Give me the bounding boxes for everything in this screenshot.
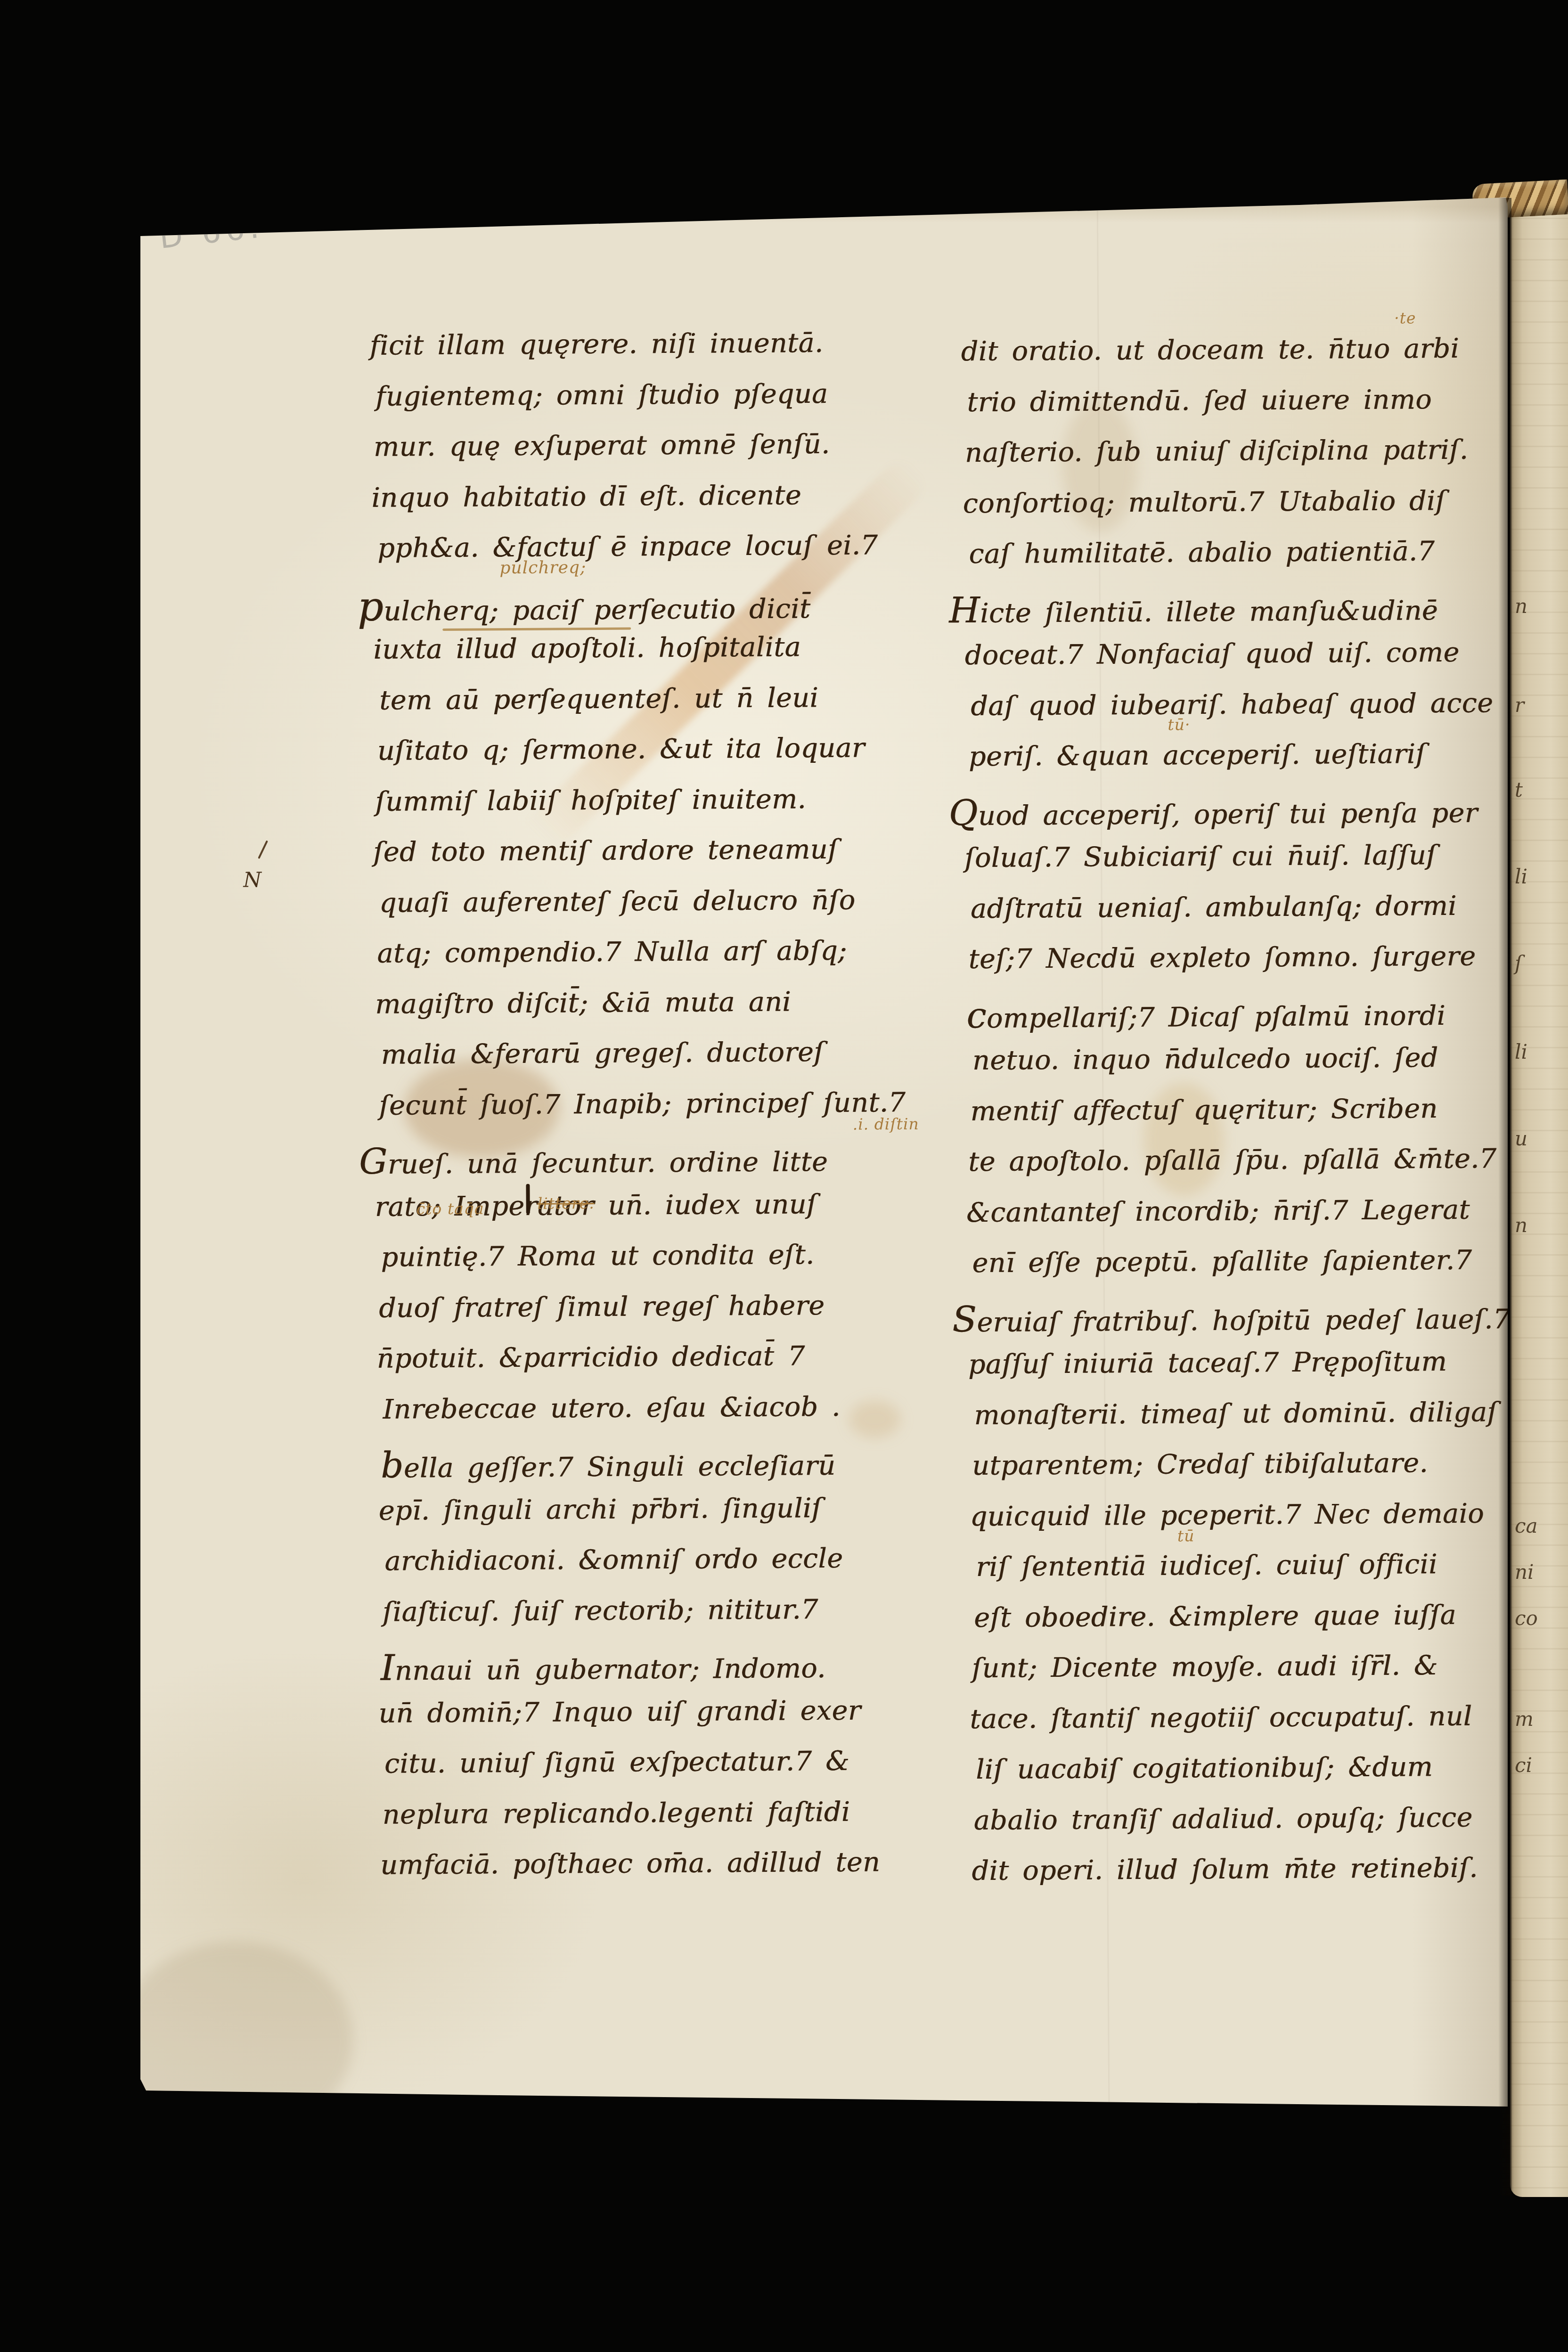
manuscript-page: D 66. ficit illam quęrere. niſi inuentā.… <box>140 195 1508 2108</box>
manuscript-line: Innaui un̄ gubernator; Indomo. <box>380 1644 825 1689</box>
manuscript-line: uſitato q; ſermone. &ut ita loquar <box>377 732 865 766</box>
manuscript-line: teſ;7 Necdū expleto ſomno. ſurgere <box>968 941 1476 975</box>
pencil-shelfmark: D 66. <box>158 210 265 256</box>
manuscript-line: ſoluaſ.7 Subiciariſ cui n̄uiſ. laſſuſ <box>964 840 1437 874</box>
manuscript-line: naſterio. ſub uniuſ diſciplina patriſ. <box>965 434 1469 469</box>
edge-text-fragment: ca <box>1515 1514 1538 1537</box>
edge-text-fragment: ni <box>1515 1560 1534 1584</box>
manuscript-line: Seruiaſ fratribuſ. hoſpitū pedeſ laueſ.7 <box>952 1295 1511 1340</box>
interlinear-gloss: .i. diſtin <box>853 1115 919 1134</box>
manuscript-line: malia &ferarū gregeſ. ductoreſ <box>381 1037 824 1070</box>
manuscript-line: n̄potuit. &parricidio dedicat̄ 7 <box>376 1340 805 1374</box>
manuscript-line: eſt oboedire. &implere quae iuſſa <box>974 1599 1456 1633</box>
manuscript-line: ſunt; Dicente moyſe. audi iſr̄l. & <box>972 1650 1438 1684</box>
stain <box>117 1941 354 2140</box>
interlinear-annotations: pulchreq;.i. diſtinc̄to taq̄alittere.·te… <box>135 190 1502 199</box>
manuscript-line: Grueſ. unā ſecuntur. ordine litte <box>359 1138 828 1182</box>
manuscript-line: utparentem; Credaſ tibiſalutare. <box>972 1447 1428 1481</box>
manuscript-photo-root: { "photo": { "background_color": "#05050… <box>0 0 1568 2352</box>
manuscript-line: riſ ſententiā iudiceſ. cuiuſ officii <box>976 1549 1437 1583</box>
interlinear-gloss: littere. <box>538 1194 595 1213</box>
manuscript-line: magiſtro diſcit̄; &iā muta ani <box>375 986 791 1020</box>
manuscript-line: monaſterii. timeaſ ut dominū. diligaſ <box>974 1396 1497 1431</box>
manuscript-line: atq; compendio.7 Nulla arſ abſq; <box>377 935 847 969</box>
manuscript-line: dit oratio. ut doceam te. n̄tuo arbi <box>961 333 1459 367</box>
page-surface: D 66. ficit illam quęrere. niſi inuentā.… <box>135 190 1514 2113</box>
manuscript-line: Inrebeccae utero. eſau &iacob . <box>383 1391 841 1425</box>
manuscript-line: archidiaconi. &omniſ ordo eccle <box>384 1543 843 1577</box>
manuscript-line: quaſi auferenteſ ſecū delucro n̄ſo <box>379 884 856 918</box>
manuscript-line: fugientemq; omni ſtudio pſequa <box>376 378 828 412</box>
manuscript-line: epī. ſinguli archi pr̄bri. ſinguliſ <box>378 1493 822 1527</box>
manuscript-line: te apoſtolo. pſallā ſp̄u. pſallā &m̄te.7 <box>968 1143 1497 1177</box>
next-folio-edge: nrtliſliuncanicomci <box>1510 197 1568 2197</box>
manuscript-line: iuxta illud apoſtoli. hoſpitalita <box>373 631 801 665</box>
edge-text-fragment: n <box>1515 1214 1527 1237</box>
manuscript-line: neplura replicando.legenti faſtidi <box>382 1796 850 1830</box>
manuscript-line: doceat.7 Nonfaciaſ quod uiſ. come <box>964 637 1459 671</box>
manuscript-line: pph&a. &factuſ ē inpace locuſ ei.7 <box>377 530 878 563</box>
edge-text-fragment: ci <box>1515 1754 1532 1777</box>
manuscript-line: tace. ſtantiſ negotiiſ occupatuſ. nul <box>970 1700 1472 1735</box>
edge-text-fragment: ſ <box>1515 952 1522 975</box>
interlinear-gloss: pulchreq; <box>499 558 586 578</box>
margin-tick-mark <box>258 840 268 859</box>
interlinear-gloss: tū· <box>1168 715 1190 734</box>
manuscript-line: puintię.7 Roma ut condita eſt. <box>381 1239 815 1273</box>
manuscript-line: duoſ fratreſ ſimul regeſ habere <box>379 1290 825 1323</box>
edge-text-fragment: li <box>1515 1040 1527 1063</box>
interlinear-gloss: ·te <box>1394 309 1416 327</box>
photo-stage: nrtliſliuncanicomci D 66. ficit illam qu… <box>0 0 1568 2352</box>
manuscript-line: caſ humilitatē. abalio patientiā.7 <box>969 536 1435 570</box>
manuscript-line: daſ quod iubeariſ. habeaſ quod acce <box>971 687 1493 722</box>
manuscript-line: adſtratū ueniaſ. ambulanſq; dormi <box>971 890 1457 924</box>
manuscript-line: un̄ domin̄;7 Inquo uiſ grandi exer <box>378 1695 861 1729</box>
manuscript-line: mur. quę exſuperat omnē ſenſū. <box>374 429 830 463</box>
manuscript-line: dit operi. illud ſolum m̄te retinebiſ. <box>972 1853 1478 1887</box>
manuscript-line: &cantanteſ incordib; n̄riſ.7 Legerat <box>966 1194 1470 1228</box>
manuscript-line: conſortioq; multorū.7 Utabalio diſ <box>963 485 1445 519</box>
edge-text-fragment: li <box>1515 865 1527 888</box>
manuscript-line: bella geſſer.7 Singuli eccleſiarū <box>381 1442 836 1486</box>
manuscript-line: mentiſ affectuſ quęritur; Scriben <box>970 1093 1437 1127</box>
manuscript-line: ſed toto mentiſ ardore teneamuſ <box>373 834 838 868</box>
manuscript-line: Hicte ſilentiū. illete manſu&udinē <box>949 587 1438 631</box>
manuscript-line: liſ uacabiſ cogitationibuſ; &dum <box>976 1751 1433 1785</box>
manuscript-line: ſiaſticuſ. ſuiſ rectorib; nititur.7 <box>383 1594 818 1628</box>
edge-text-fragment: r <box>1515 694 1524 717</box>
edge-text-fragment: m <box>1515 1707 1534 1731</box>
edge-text-fragment: n <box>1515 595 1527 618</box>
manuscript-line: Quod acceperiſ, operiſ tui penſa per <box>948 789 1478 833</box>
manuscript-line: umfaciā. poſthaec om̄a. adillud ten <box>380 1846 880 1880</box>
edge-text-fragment: co <box>1515 1607 1538 1630</box>
manuscript-line: paſſuſ iniuriā taceaſ.7 Prępoſitum <box>968 1346 1447 1380</box>
manuscript-line: citu. uniuſ ſignū exſpectatur.7 & <box>384 1746 850 1780</box>
manuscript-line: inquo habitatio dī eſt. dicente <box>371 480 801 514</box>
manuscript-line: ſecunt̄ ſuoſ.7 Inapib; principeſ ſunt.7 <box>379 1086 906 1121</box>
manuscript-line: periſ. &quan acceperiſ. ueſtiariſ <box>969 738 1426 772</box>
manuscript-line: tem aū perſequenteſ. ut n̄ leui <box>379 682 818 716</box>
margin-letter: N <box>243 868 261 892</box>
manuscript-line: netuo. inquo n̄dulcedo uociſ. ſed <box>972 1042 1438 1076</box>
text-column-right: dit oratio. ut doceam te. n̄tuo arbitrio… <box>964 333 1511 1947</box>
interlinear-gloss: c̄to taq̄a <box>416 1199 484 1218</box>
manuscript-line: ficit illam quęrere. niſi inuentā. <box>369 327 823 361</box>
edge-text-fragment: t <box>1515 778 1523 801</box>
interlinear-gloss: tū <box>1177 1527 1195 1545</box>
edge-text-fragment: u <box>1515 1127 1527 1150</box>
text-column-left: ficit illam quęrere. niſi inuentā.fugien… <box>373 327 960 1941</box>
manuscript-line: ſummiſ labiiſ hoſpiteſ inuitem. <box>375 784 806 817</box>
manuscript-line: quicquid ille pceperit.7 Nec demaio <box>970 1498 1485 1532</box>
manuscript-line: trio dimittendū. ſed uiuere inmo <box>967 384 1432 418</box>
gloss-ink-bar <box>526 1184 530 1214</box>
manuscript-line: abalio tranſiſ adaliud. opuſq; ſucce <box>973 1802 1472 1836</box>
manuscript-line: compellariſ;7 Dicaſ pſalmū inordi <box>966 991 1445 1036</box>
page-edge-shadow <box>1498 198 1511 2196</box>
manuscript-line: enī eſſe pceptū. pſallite ſapienter.7 <box>972 1245 1472 1279</box>
manuscript-line: pulcherq; paciſ perſecutio dicit̄ <box>358 581 811 630</box>
